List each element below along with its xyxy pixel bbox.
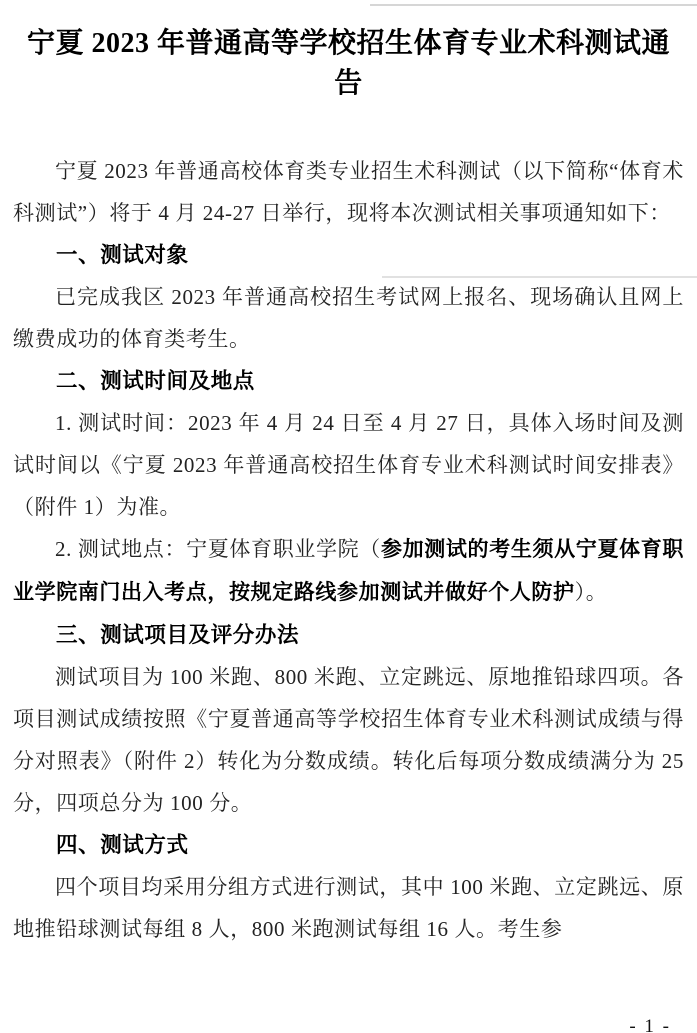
scan-artifact-line (370, 4, 697, 6)
document-body: 宁夏 2023 年普通高校体育类专业招生术科测试（以下简称“体育术科测试”）将于… (0, 150, 697, 950)
item-2-prefix-text: 2. 测试地点：宁夏体育职业学院（ (55, 537, 381, 561)
scan-artifact-line (382, 276, 697, 278)
item-2-suffix-text: ）。 (575, 580, 608, 604)
intro-paragraph: 宁夏 2023 年普通高校体育类专业招生术科测试（以下简称“体育术科测试”）将于… (13, 150, 684, 234)
section-heading-1: 一、测试对象 (13, 234, 684, 276)
section-3-paragraph: 测试项目为 100 米跑、800 米跑、立定跳远、原地推铅球四项。各项目测试成绩… (13, 656, 684, 824)
section-4-paragraph: 四个项目均采用分组方式进行测试，其中 100 米跑、立定跳远、原地推铅球测试每组… (13, 866, 684, 950)
document-page: 宁夏 2023 年普通高等学校招生体育专业术科测试通告 宁夏 2023 年普通高… (0, 0, 697, 1033)
page-number: - 1 - (629, 1016, 671, 1033)
section-1-paragraph: 已完成我区 2023 年普通高校招生考试网上报名、现场确认且网上缴费成功的体育类… (13, 276, 684, 360)
section-heading-2: 二、测试时间及地点 (13, 360, 684, 402)
section-heading-3: 三、测试项目及评分办法 (13, 614, 684, 656)
section-2-item-1: 1. 测试时间：2023 年 4 月 24 日至 4 月 27 日，具体入场时间… (13, 402, 684, 528)
section-2-item-2: 2. 测试地点：宁夏体育职业学院（参加测试的考生须从宁夏体育职业学院南门出入考点… (13, 528, 684, 614)
section-heading-4: 四、测试方式 (13, 824, 684, 866)
document-title: 宁夏 2023 年普通高等学校招生体育专业术科测试通告 (0, 0, 697, 104)
